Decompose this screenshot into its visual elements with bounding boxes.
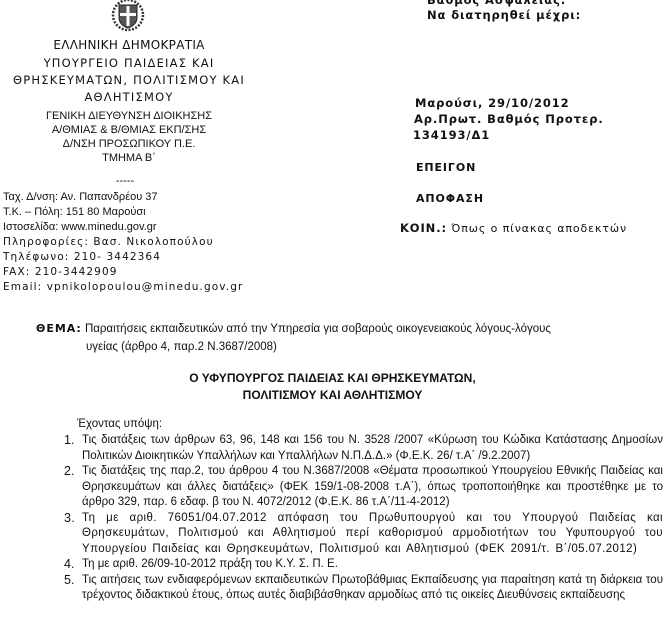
security-grade-label: Βαθμός Ασφαλείας: xyxy=(427,0,566,7)
republic-title: ΕΛΛΗΝΙΚΗ ΔΗΜΟΚΡΑΤΙΑ xyxy=(0,37,258,54)
place-date: Μαρούσι, 29/10/2012 xyxy=(415,96,570,110)
cc-value: Όπως ο πίνακας αποδεκτών xyxy=(447,222,627,235)
department-line-4: ΤΜΗΜΑ Β΄ xyxy=(0,151,258,166)
decision-label: ΑΠΟΦΑΣΗ xyxy=(416,192,484,205)
ministry-line-2: ΘΡΗΣΚΕΥΜΑΤΩΝ, ΠΟΛΙΤΙΣΜΟΥ ΚΑΙ xyxy=(0,72,258,89)
greek-coat-of-arms-icon xyxy=(110,0,146,34)
list-item: 3.Τη με αριθ. 76051/04.07.2012 απόφαση τ… xyxy=(60,511,663,558)
list-item: 2.Τις διατάξεις της παρ.2, του άρθρου 4 … xyxy=(60,464,663,511)
protocol-label: Αρ.Πρωτ. Βαθμός Προτερ. xyxy=(414,112,604,126)
address: Ταχ. Δ/νση: Αν. Παπανδρέου 37 xyxy=(3,190,243,205)
department-line-3: Δ/ΝΣΗ ΠΡΟΣΩΠΙΚΟΥ Π.Ε. xyxy=(0,137,258,152)
cc-label: ΚΟΙΝ.: xyxy=(400,221,447,235)
minister-line-2: ΠΟΛΙΤΙΣΜΟΥ ΚΑΙ ΑΘΛΗΤΙΣΜΟΥ xyxy=(0,387,665,404)
email: Email: vpnikolopoulou@minedu.gov.gr xyxy=(3,280,243,295)
list-item: 1.Τις διατάξεις των άρθρων 63, 96, 148 κ… xyxy=(60,433,663,464)
retain-until-label: Να διατηρηθεί μέχρι: xyxy=(427,8,581,22)
website: Ιστοσελίδα: www.minedu.gov.gr xyxy=(3,220,243,235)
ministry-line-1: ΥΠΟΥΡΓΕΙΟ ΠΑΙΔΕΙΑΣ ΚΑΙ xyxy=(0,55,258,72)
department-line-1: ΓΕΝΙΚΗ ΔΙΕΥΘΥΝΣΗ ΔΙΟΙΚΗΣΗΣ xyxy=(0,109,258,124)
separator: ----- xyxy=(0,174,250,189)
subject-line-2: υγείας (άρθρο 4, παρ.2 Ν.3687/2008) xyxy=(36,338,646,356)
list-item: 4.Τη με αριθ. 26/09-10-2012 πράξη του Κ.… xyxy=(60,557,663,573)
contact-block: Ταχ. Δ/νση: Αν. Παπανδρέου 37 Τ.Κ. – Πόλ… xyxy=(3,190,243,295)
phone: Τηλέφωνο: 210- 3442364 xyxy=(3,250,243,265)
urgent-label: ΕΠΕΙΓΟΝ xyxy=(416,161,476,174)
subject-label: ΘΕΜΑ: xyxy=(36,322,82,335)
list-item: 5.Τις αιτήσεις των ενδιαφερόμενων εκπαιδ… xyxy=(60,573,663,604)
ministry-line-3: ΑΘΛΗΤΙΣΜΟΥ xyxy=(0,89,258,106)
cc-line: ΚΟΙΝ.: Όπως ο πίνακας αποδεκτών xyxy=(400,221,627,235)
postcode-city: Τ.Κ. – Πόλη: 151 80 Μαρούσι xyxy=(3,205,243,220)
considering-list: 1.Τις διατάξεις των άρθρων 63, 96, 148 κ… xyxy=(60,433,663,604)
minister-heading: Ο ΥΦΥΠΟΥΡΓΟΣ ΠΑΙΔΕΙΑΣ ΚΑΙ ΘΡΗΣΚΕΥΜΑΤΩΝ, … xyxy=(0,370,665,404)
subject-line-1: Παραιτήσεις εκπαιδευτικών από την Υπηρεσ… xyxy=(85,323,551,335)
protocol-number: 134193/Δ1 xyxy=(413,128,490,142)
department-line-2: Α/ΘΜΙΑΣ & Β/ΘΜΙΑΣ ΕΚΠ/ΣΗΣ xyxy=(0,123,258,138)
considering-intro: Έχοντας υπόψη: xyxy=(77,418,162,430)
fax: FAX: 210-3442909 xyxy=(3,265,243,280)
minister-line-1: Ο ΥΦΥΠΟΥΡΓΟΣ ΠΑΙΔΕΙΑΣ ΚΑΙ ΘΡΗΣΚΕΥΜΑΤΩΝ, xyxy=(0,370,665,387)
subject-block: ΘΕΜΑ: Παραιτήσεις εκπαιδευτικών από την … xyxy=(36,320,646,356)
info-contact: Πληροφορίες: Βασ. Νικολοπούλου xyxy=(3,235,243,250)
